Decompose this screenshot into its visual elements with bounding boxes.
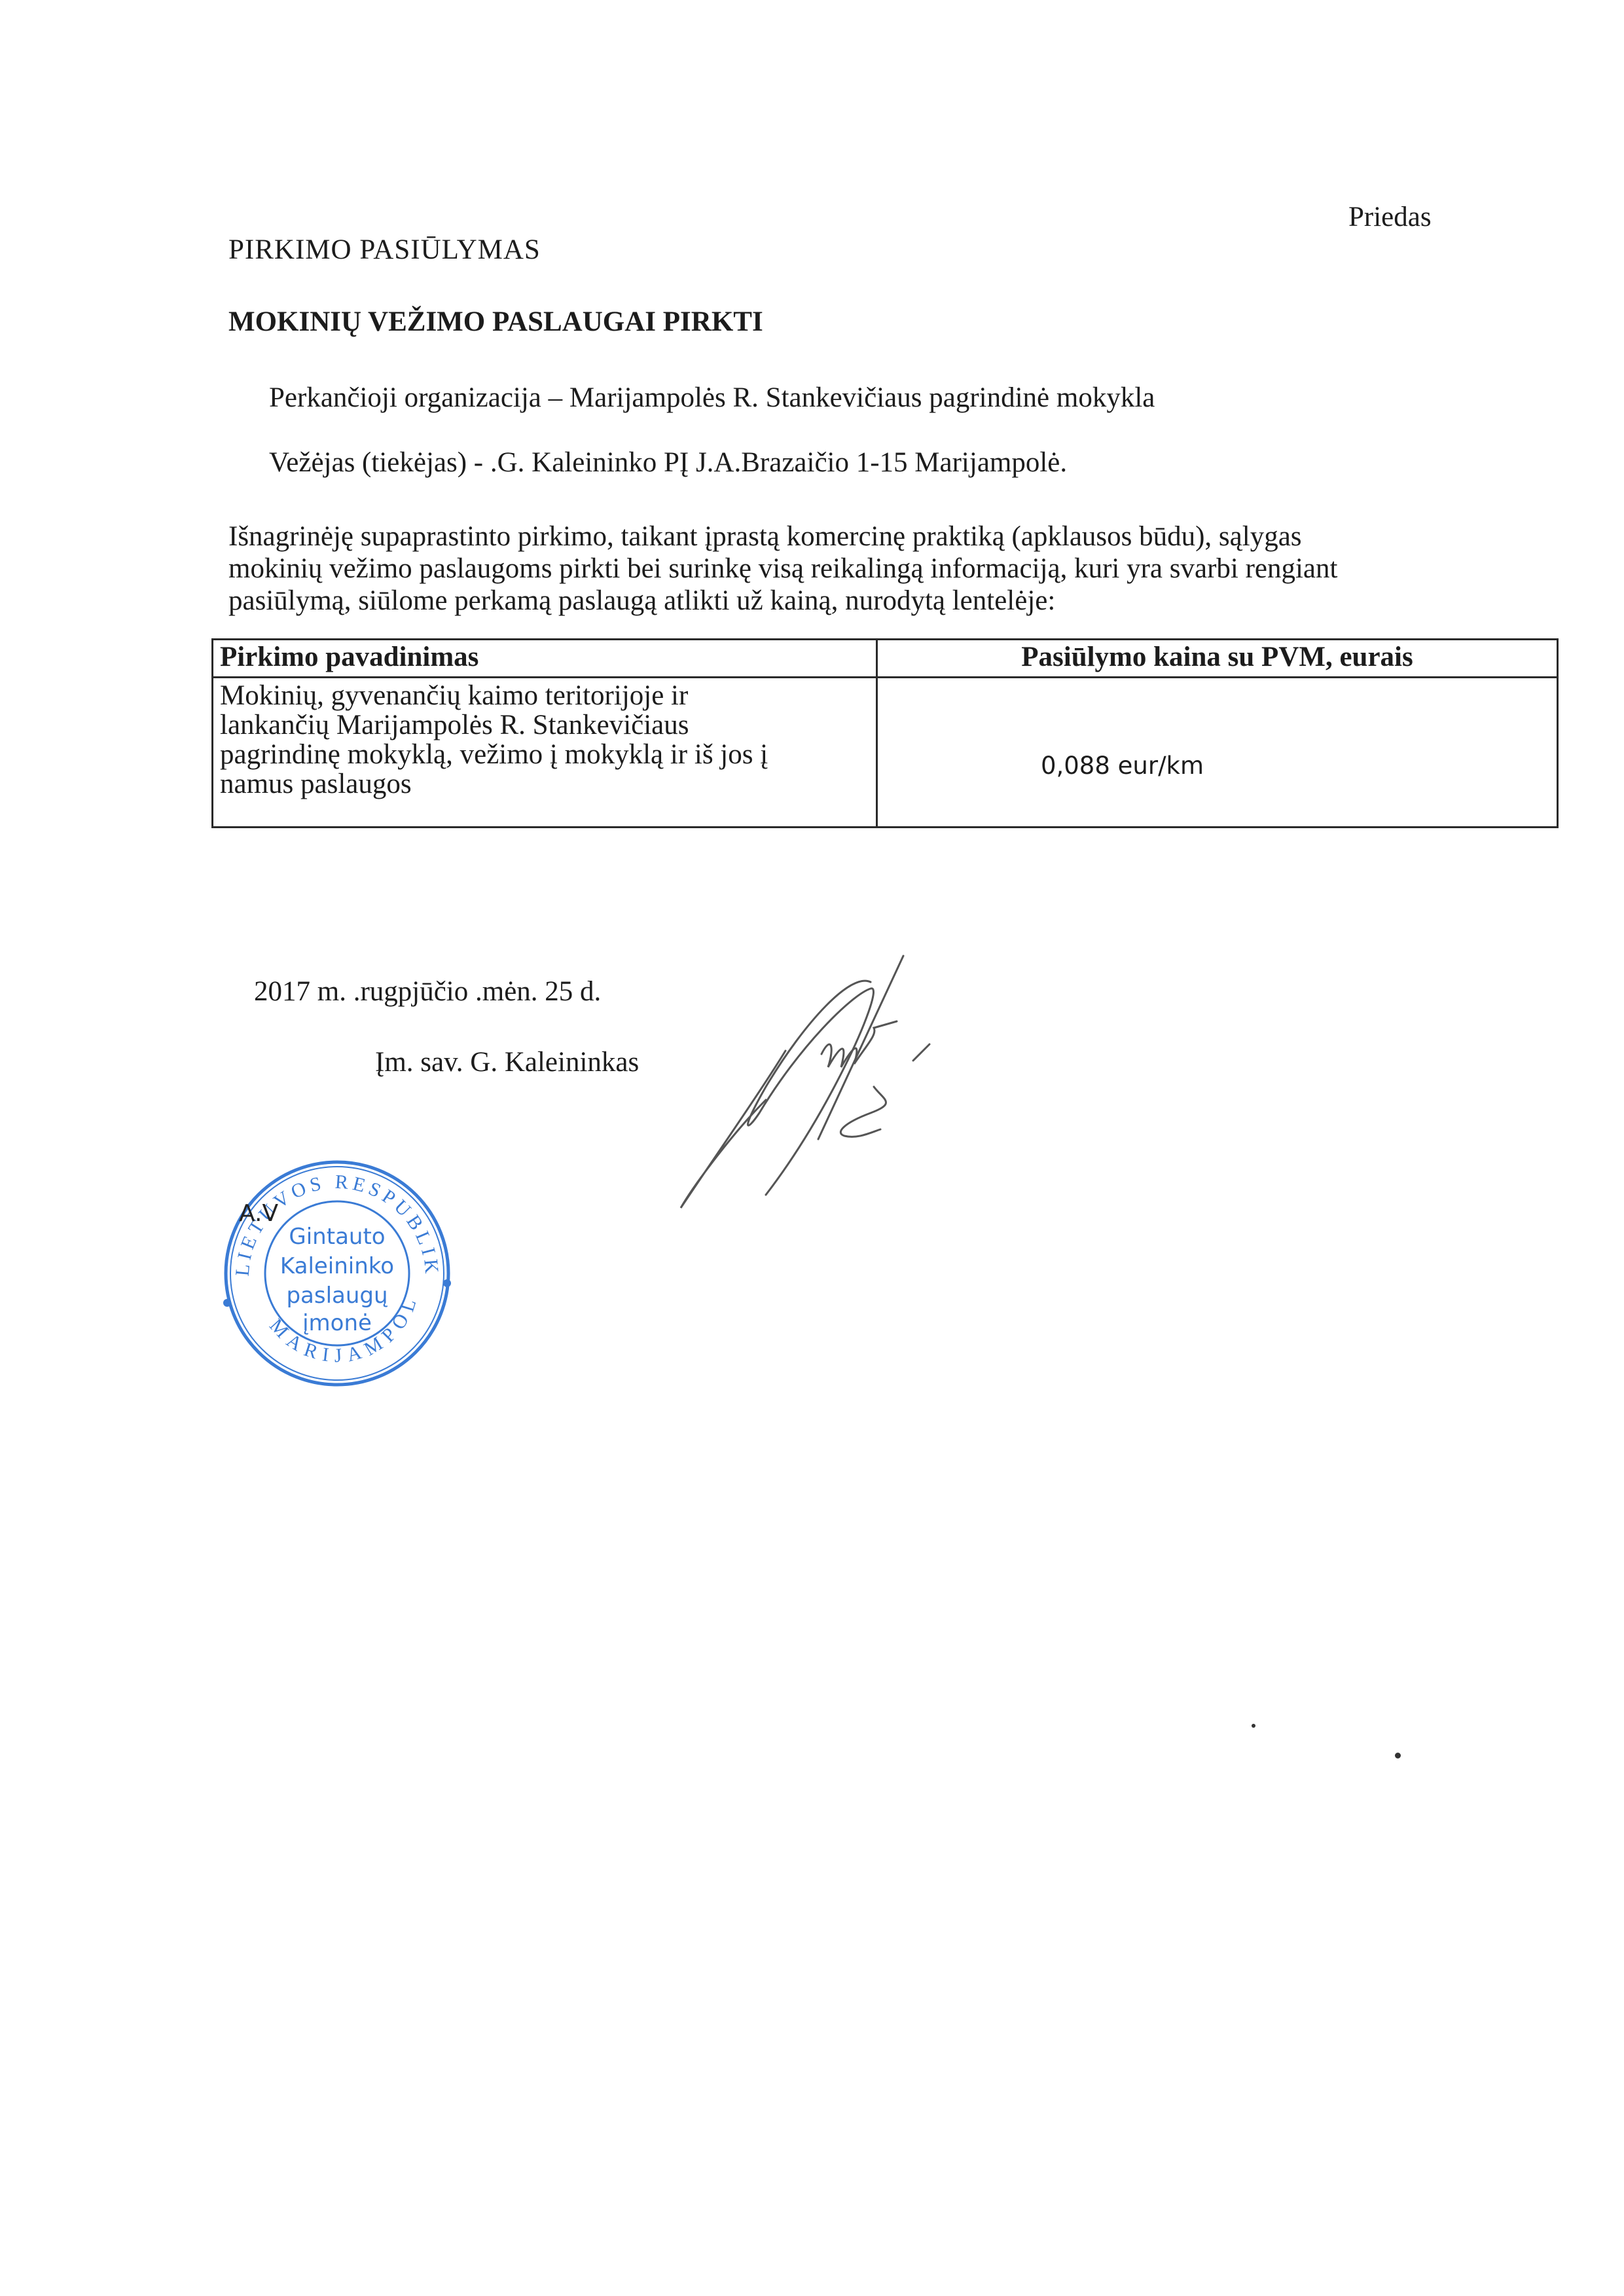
purchase-name-line: lankančių Marijampolės R. Stankevičiaus — [220, 710, 869, 740]
signing-date: 2017 m. .rugpjūčio .mėn. 25 d. — [254, 977, 601, 1006]
purchase-name-line: pagrindinę mokyklą, vežimo į mokyklą ir … — [220, 740, 869, 769]
stamp-center-line: Kaleininko — [280, 1253, 394, 1279]
intro-line: Išnagrinėję supaprastinto pirkimo, taika… — [228, 520, 1472, 553]
signature-icon — [655, 936, 1021, 1228]
intro-line: pasiūlymą, siūlome perkamą paslaugą atli… — [228, 585, 1472, 617]
intro-paragraph: Išnagrinėję supaprastinto pirkimo, taika… — [228, 520, 1472, 617]
scan-speck — [1252, 1724, 1255, 1728]
document-subtitle: MOKINIŲ VEŽIMO PASLAUGAI PIRKTI — [228, 308, 763, 336]
signer-name: Įm. sav. G. Kaleininkas — [375, 1048, 639, 1076]
stamp-center-line: paslaugų — [286, 1283, 388, 1309]
contracting-organization: Perkančioji organizacija – Marijampolės … — [269, 384, 1155, 412]
scan-speck — [1395, 1753, 1401, 1758]
carrier-supplier: Vežėjas (tiekėjas) - .G. Kaleininko PĮ J… — [269, 448, 1067, 477]
stamp-center-line: įmonė — [302, 1310, 372, 1336]
annex-label: Priedas — [1348, 203, 1432, 231]
price-cell: 0,088 eur/km — [877, 678, 1558, 828]
seal-marker: A.V — [239, 1200, 278, 1227]
document-title: PIRKIMO PASIŪLYMAS — [228, 236, 541, 264]
column-header-purchase-name: Pirkimo pavadinimas — [213, 640, 877, 678]
intro-line: mokinių vežimo paslaugoms pirkti bei sur… — [228, 553, 1472, 585]
purchase-name-line: namus paslaugos — [220, 769, 869, 799]
purchase-name-line: Mokinių, gyvenančių kaimo teritorijoje i… — [220, 681, 869, 710]
table-header-row: Pirkimo pavadinimas Pasiūlymo kaina su P… — [213, 640, 1558, 678]
company-stamp: LIETUVOS RESPUBLIKA MARIJAMPOLĖ Gintauto… — [213, 1152, 461, 1398]
table-row: Mokinių, gyvenančių kaimo teritorijoje i… — [213, 678, 1558, 828]
offer-table: Pirkimo pavadinimas Pasiūlymo kaina su P… — [211, 638, 1559, 828]
stamp-center-line: Gintauto — [289, 1224, 385, 1250]
purchase-name-cell: Mokinių, gyvenančių kaimo teritorijoje i… — [213, 678, 877, 828]
column-header-price: Pasiūlymo kaina su PVM, eurais — [877, 640, 1558, 678]
